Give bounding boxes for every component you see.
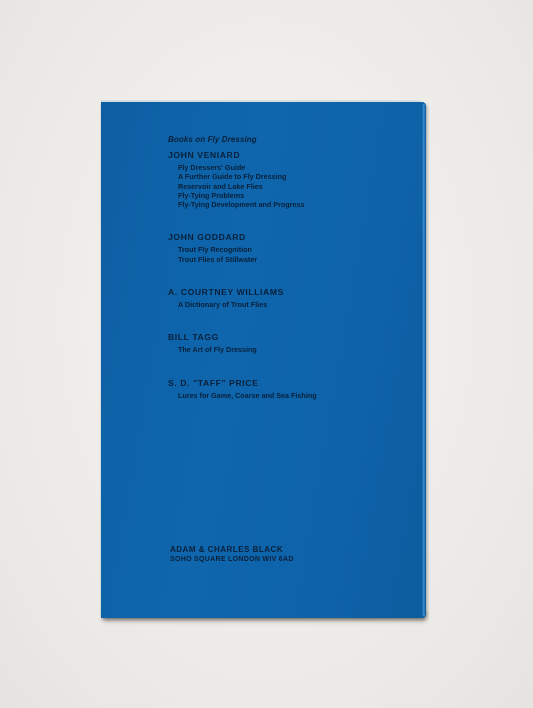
book-title: Trout Fly Recognition	[178, 245, 317, 254]
author-name: BILL TAGG	[168, 332, 317, 342]
book-title: Reservoir and Lake Flies	[178, 182, 317, 191]
book-list: Books on Fly Dressing JOHN VENIARD Fly D…	[168, 135, 317, 423]
publisher-address: SOHO SQUARE LONDON WIV 6AD	[170, 555, 294, 565]
book-title: Lures for Game, Coarse and Sea Fishing	[178, 391, 317, 400]
author-group: JOHN VENIARD Fly Dressers' Guide A Furth…	[168, 150, 317, 209]
author-group: BILL TAGG The Art of Fly Dressing	[168, 332, 317, 354]
author-name: S. D. "TAFF" PRICE	[168, 378, 317, 388]
book-title: The Art of Fly Dressing	[178, 345, 317, 354]
publisher-name: ADAM & CHARLES BLACK	[170, 544, 294, 555]
author-name: JOHN GODDARD	[168, 232, 317, 242]
author-name: JOHN VENIARD	[168, 150, 317, 160]
book-title: Fly-Tying Problems	[178, 191, 317, 200]
publisher-block: ADAM & CHARLES BLACK SOHO SQUARE LONDON …	[170, 544, 294, 565]
book-title: A Further Guide to Fly Dressing	[178, 172, 317, 181]
book-title: Trout Flies of Stillwater	[178, 255, 317, 264]
author-name: A. COURTNEY WILLIAMS	[168, 287, 317, 297]
author-group: A. COURTNEY WILLIAMS A Dictionary of Tro…	[168, 287, 317, 309]
author-group: JOHN GODDARD Trout Fly Recognition Trout…	[168, 232, 317, 264]
author-group: S. D. "TAFF" PRICE Lures for Game, Coars…	[168, 378, 317, 400]
book-back-cover: Books on Fly Dressing JOHN VENIARD Fly D…	[101, 102, 426, 618]
book-title: Fly-Tying Development and Progress	[178, 200, 317, 209]
cover-heading: Books on Fly Dressing	[168, 135, 317, 144]
book-top-edge	[101, 100, 420, 102]
book-title: A Dictionary of Trout Flies	[178, 300, 317, 309]
book-title: Fly Dressers' Guide	[178, 163, 317, 172]
